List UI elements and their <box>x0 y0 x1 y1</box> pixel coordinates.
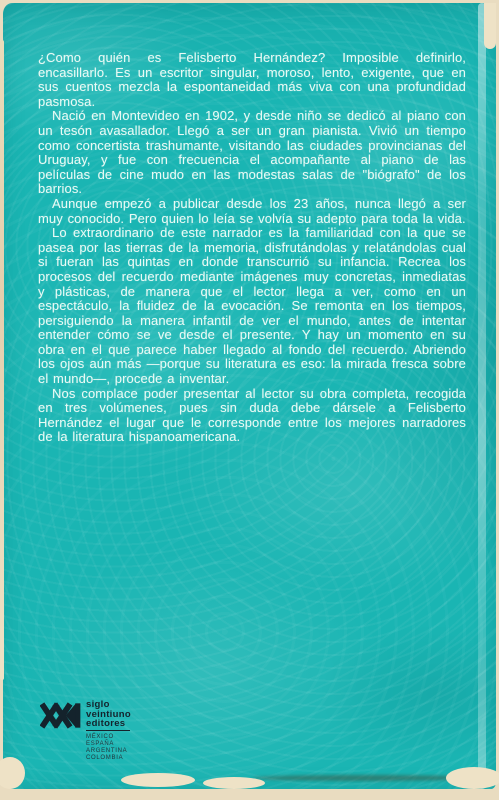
publisher-country: COLOMBIA <box>86 755 130 762</box>
cover-paragraph: ¿Como quién es Felisberto Hernández? Imp… <box>38 51 466 109</box>
worn-edge <box>446 767 499 789</box>
worn-edge-shadow <box>253 775 476 781</box>
publisher-text: siglo veintiuno editores MÉXICO ESPAÑA A… <box>86 700 130 763</box>
cover-paragraph: Lo extraordinario de este narrador es la… <box>38 226 466 387</box>
publisher-name: siglo veintiuno editores <box>86 700 130 731</box>
publisher-country: MÉXICO <box>86 734 130 741</box>
publisher-name-line: editores <box>86 719 130 729</box>
worn-edge <box>203 777 265 789</box>
worn-edge <box>0 40 4 680</box>
book-back-cover-scan: ¿Como quién es Felisberto Hernández? Imp… <box>0 0 499 800</box>
cover-background: ¿Como quién es Felisberto Hernández? Imp… <box>3 3 496 789</box>
siglo-xxi-mark-icon <box>40 702 81 729</box>
worn-edge <box>121 773 195 787</box>
worn-edge-streak <box>478 3 486 789</box>
publisher-logo: siglo veintiuno editores MÉXICO ESPAÑA A… <box>40 700 130 763</box>
worn-edge <box>0 757 25 789</box>
cover-paragraph: Aunque empezó a publicar desde los 23 añ… <box>38 197 466 226</box>
publisher-country: ESPAÑA <box>86 741 130 748</box>
cover-paragraph: Nació en Montevideo en 1902, y desde niñ… <box>38 109 466 197</box>
publisher-country: ARGENTINA <box>86 748 130 755</box>
cover-text: ¿Como quién es Felisberto Hernández? Imp… <box>38 51 466 445</box>
publisher-countries: MÉXICO ESPAÑA ARGENTINA COLOMBIA <box>86 734 130 763</box>
cover-paragraph: Nos complace poder presentar al lector s… <box>38 387 466 445</box>
worn-edge <box>484 3 496 49</box>
